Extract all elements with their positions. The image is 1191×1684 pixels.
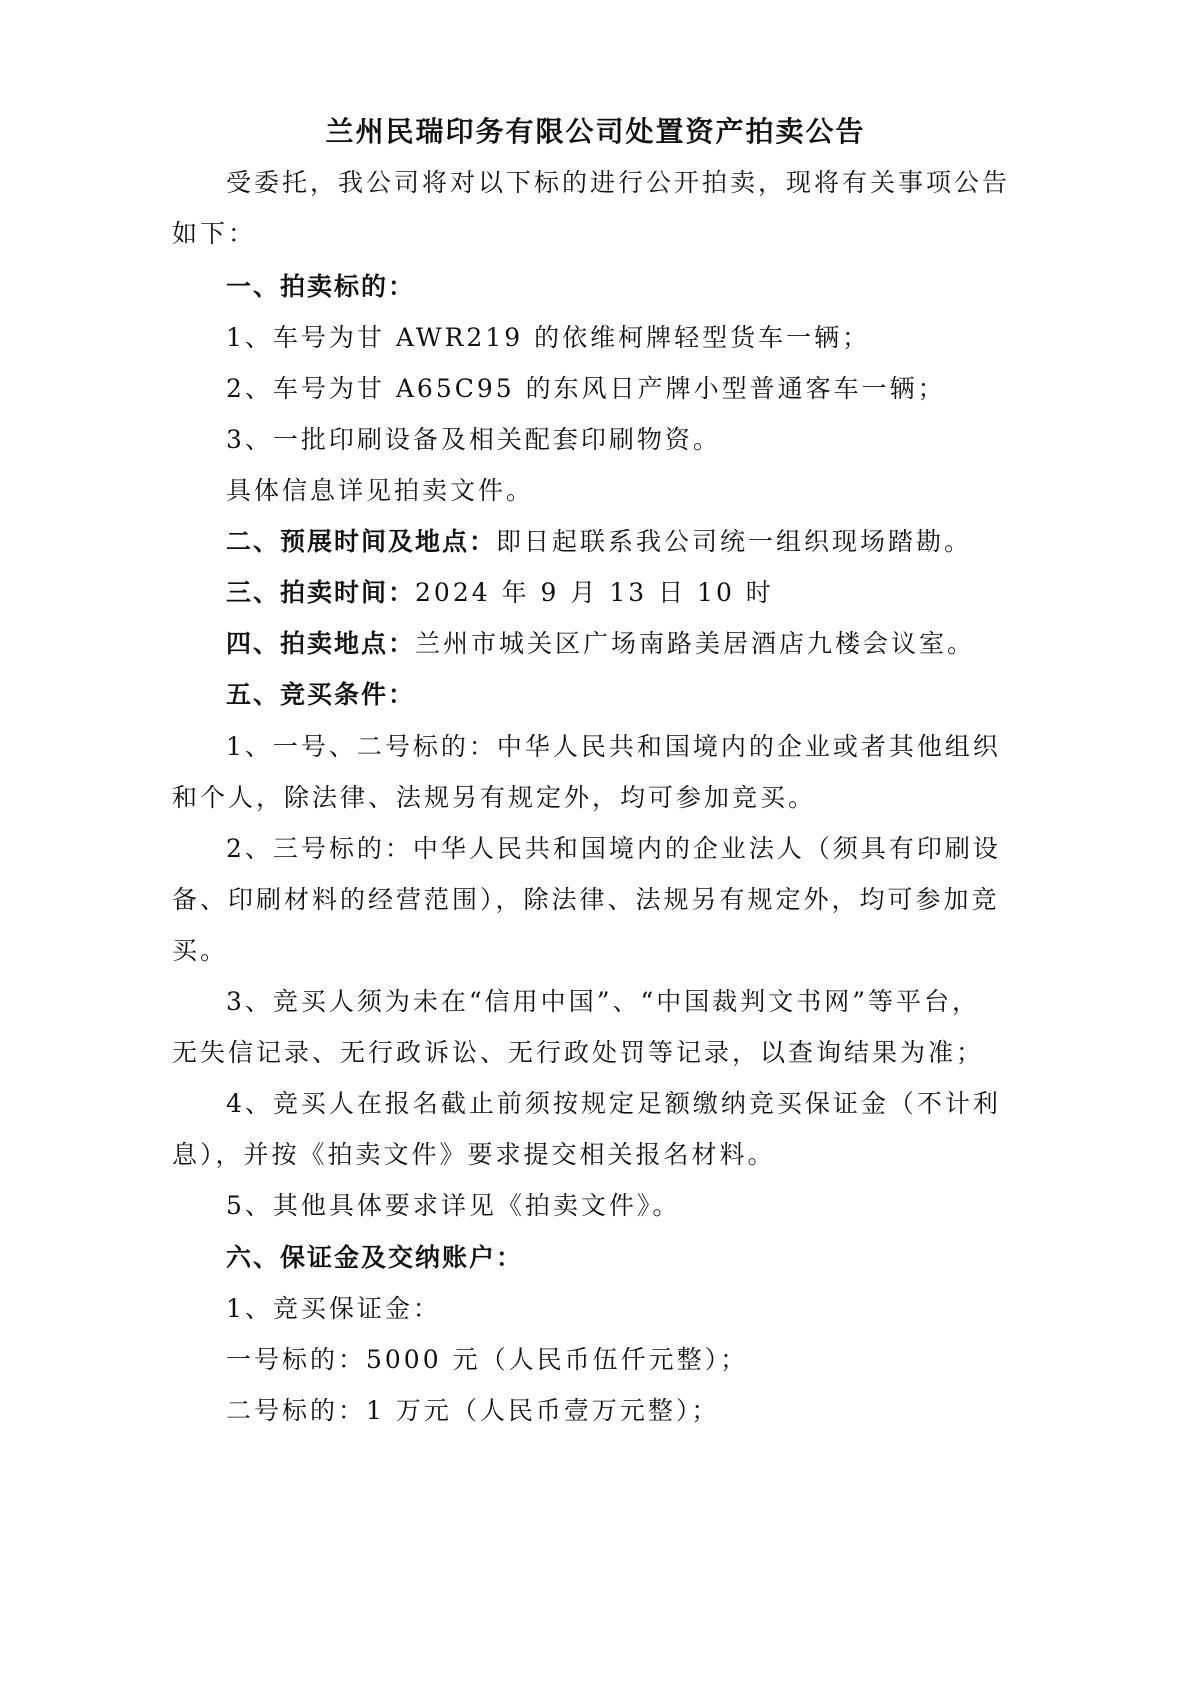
- section-2: 二、预展时间及地点：即日起联系我公司统一组织现场踏勘。: [226, 527, 972, 557]
- section-4: 四、拍卖地点：兰州市城关区广场南路美居酒店九楼会议室。: [226, 629, 975, 659]
- intro-paragraph-line-2: 如下：: [172, 219, 256, 249]
- condition-line: 1、一号、二号标的：中华人民共和国境内的企业或者其他组织: [226, 732, 1001, 762]
- deposit-line: 一号标的：5000 元（人民币伍仟元整）；: [226, 1345, 748, 1375]
- section-6-heading: 六、保证金及交纳账户：: [226, 1243, 523, 1273]
- condition-line: 备、印刷材料的经营范围），除法律、法规另有规定外，均可参加竞: [172, 885, 1000, 915]
- condition-line: 和个人，除法律、法规另有规定外，均可参加竞买。: [172, 783, 816, 813]
- auction-items-note: 具体信息详见拍卖文件。: [226, 476, 534, 506]
- section-3-heading: 三、拍卖时间：: [226, 578, 415, 607]
- condition-line: 2、三号标的：中华人民共和国境内的企业法人（须具有印刷设: [226, 834, 1001, 864]
- section-1-heading: 一、拍卖标的：: [226, 272, 415, 302]
- deposit-line: 1、竞买保证金：: [226, 1294, 441, 1324]
- section-2-heading: 二、预展时间及地点：: [226, 527, 496, 556]
- section-2-text: 即日起联系我公司统一组织现场踏勘。: [496, 527, 972, 556]
- section-5-heading: 五、竞买条件：: [226, 680, 415, 710]
- auction-location-text: 兰州市城关区广场南路美居酒店九楼会议室。: [415, 629, 975, 658]
- section-3: 三、拍卖时间：2024 年 9 月 13 日 10 时: [226, 578, 774, 608]
- deposit-line: 二号标的：1 万元（人民币壹万元整）；: [226, 1396, 719, 1426]
- auction-date-text: 2024 年 9 月 13 日 10 时: [415, 578, 774, 607]
- condition-line: 5、其他具体要求详见《拍卖文件》。: [226, 1191, 680, 1221]
- condition-line: 无失信记录、无行政诉讼、无行政处罚等记录，以查询结果为准；: [172, 1038, 984, 1068]
- condition-line: 息），并按《拍卖文件》要求提交相关报名材料。: [172, 1140, 776, 1170]
- condition-line: 4、竞买人在报名截止前须按规定足额缴纳竞买保证金（不计利: [226, 1089, 1001, 1119]
- intro-paragraph-line-1: 受委托，我公司将对以下标的进行公开拍卖，现将有关事项公告: [226, 168, 1010, 198]
- auction-item-1: 1、车号为甘 AWR219 的依维柯牌轻型货车一辆；: [226, 323, 870, 353]
- auction-item-3: 3、一批印刷设备及相关配套印刷物资。: [226, 425, 721, 455]
- condition-line: 买。: [172, 936, 228, 966]
- condition-line: 3、竞买人须为未在“信用中国”、“中国裁判文书网”等平台，: [226, 987, 980, 1017]
- section-4-heading: 四、拍卖地点：: [226, 629, 415, 658]
- document-title: 兰州民瑞印务有限公司处置资产拍卖公告: [0, 110, 1191, 150]
- document-page: 兰州民瑞印务有限公司处置资产拍卖公告 受委托，我公司将对以下标的进行公开拍卖，现…: [0, 0, 1191, 1684]
- auction-item-2: 2、车号为甘 A65C95 的东风日产牌小型普通客车一辆；: [226, 374, 946, 404]
